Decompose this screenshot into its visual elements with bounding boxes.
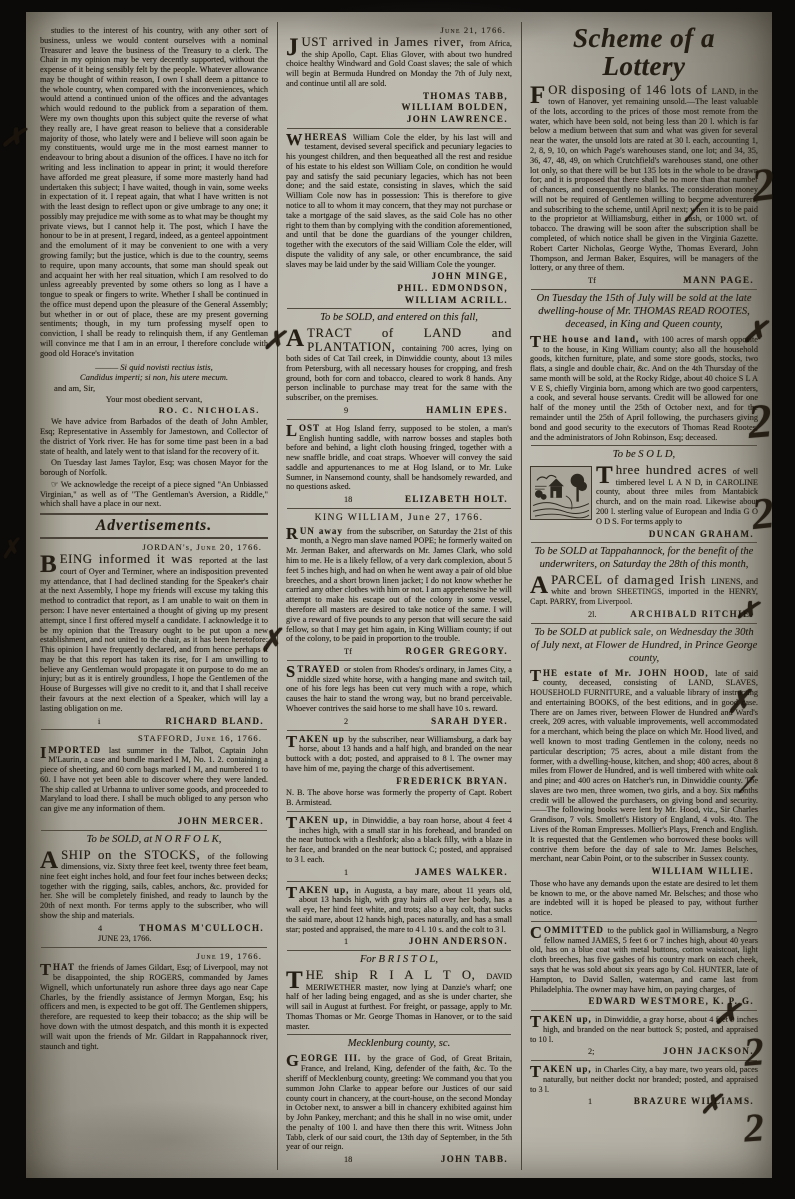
article: FOR disposing of 146 lots of LAND, in th… — [530, 84, 758, 286]
signature-name: ELIZABETH HOLT. — [405, 494, 512, 505]
article: WHEREAS William Cole the elder, by his l… — [286, 132, 512, 306]
article-divider-rule — [287, 811, 511, 812]
signature-name: BRAZURE WILLIAMS. — [634, 1096, 758, 1107]
article-body: TAKEN up by the subscriber, near William… — [286, 734, 512, 774]
article-divider-rule — [287, 1034, 511, 1035]
letter-closing-line: and am, Sir, — [40, 383, 268, 394]
body-text: from the subscriber, on Saturday the 21s… — [286, 527, 512, 644]
signature-tally: 1 — [588, 1097, 592, 1107]
signature-line: 9HAMLIN EPES. — [286, 405, 512, 416]
signature-tally: i — [98, 717, 100, 727]
body-text: William Cole the elder, by his last will… — [286, 133, 512, 269]
article-body: TAKEN up, in Augusta, a bay mare, about … — [286, 885, 512, 935]
article-body: FOR disposing of 146 lots of LAND, in th… — [530, 84, 758, 273]
signature-name: JOHN TABB. — [441, 1154, 512, 1165]
article-body: IMPORTED last summer in the Talbot, Capt… — [40, 745, 268, 814]
drop-cap: T — [596, 464, 616, 486]
signature-line: TfMANN PAGE. — [530, 275, 758, 286]
article: To be SOLD, at N O R F O L K,ASHIP on th… — [40, 834, 268, 945]
article: TAKEN up, in Dinwiddie, a gray horse, ab… — [530, 1014, 758, 1057]
lead-word: OST — [299, 423, 325, 433]
article-note: N. B. The above horse was formerly the p… — [286, 788, 512, 808]
drop-cap: T — [286, 815, 299, 830]
advertisements-section-header: Advertisements. — [40, 513, 268, 539]
signature-line: 18JOHN TABB. — [286, 1154, 512, 1165]
article: JORDAN's, June 20, 1766.BEING informed i… — [40, 542, 268, 726]
article-heading: To be SOLD, at N O R F O L K, — [40, 834, 268, 847]
drop-cap: T — [40, 962, 53, 977]
article: TAKEN up, in Dinwiddie, a bay roan horse… — [286, 815, 512, 878]
body-text: reported at the last court of Oyer and T… — [40, 556, 268, 712]
display-line: UST arrived in James river, — [302, 35, 470, 49]
letter-closing-line: RO. C. NICHOLAS. — [40, 405, 268, 416]
signature-line: 2l.ARCHIBALD RITCHIE. — [530, 609, 758, 620]
signature-name: WILLIAM ACRILL. — [405, 295, 512, 306]
article-heading: On Tuesday the 15th of July will be sold… — [530, 293, 758, 332]
article-divider-rule — [287, 308, 511, 309]
signature-name: JAMES WALKER. — [415, 867, 512, 878]
article-divider-rule — [287, 508, 511, 509]
display-line: SHIP on the STOCKS, — [61, 848, 208, 862]
signature-name: RICHARD BLAND. — [165, 716, 268, 727]
article: To be SOLD, and entered on this fall,ATR… — [286, 312, 512, 415]
article-body: TAKEN up, in Charles City, a bay mare, t… — [530, 1064, 758, 1094]
drop-cap: T — [286, 885, 299, 900]
drop-cap: T — [286, 969, 306, 991]
column-right: Scheme of a LotteryFOR disposing of 146 … — [522, 22, 767, 1170]
column-left: studies to the interest of his country, … — [32, 22, 277, 1170]
drop-cap: A — [530, 574, 551, 596]
article-body: JUST arrived in James river, from Africa… — [286, 36, 512, 89]
article-divider-rule — [531, 1060, 757, 1061]
drop-cap: F — [530, 84, 548, 106]
article-note: Those who have any demands upon the esta… — [530, 879, 758, 918]
lead-word: AKEN up, — [299, 815, 352, 825]
display-line: EING informed it was — [60, 552, 200, 566]
article-divider-rule — [287, 730, 511, 731]
article: STAFFORD, June 16, 1766.IMPORTED last su… — [40, 733, 268, 826]
article-divider-rule — [41, 830, 267, 831]
signature-name: FREDERICK BRYAN. — [396, 776, 512, 787]
signature-name: ARCHIBALD RITCHIE. — [630, 609, 758, 620]
article: TAKEN up by the subscriber, near William… — [286, 734, 512, 808]
lead-word: TRAYED — [297, 664, 344, 674]
article: COMMITTED to the publick gaol in William… — [530, 925, 758, 1007]
signature-tally: 1 — [344, 868, 348, 878]
signature-tally: 2 — [344, 717, 348, 727]
article-body: LOST at Hog Island ferry, supposed to be… — [286, 423, 512, 492]
signature-name: MANN PAGE. — [683, 275, 758, 286]
article-divider-rule — [531, 445, 757, 446]
drop-cap: G — [286, 1053, 301, 1068]
article-body: STRAYED or stolen from Rhodes's ordinary… — [286, 664, 512, 714]
article: Mecklenburg county, sc.GEORGE III. by th… — [286, 1038, 512, 1165]
article-body: THE estate of Mr. JOHN HOOD, late of sai… — [530, 668, 758, 865]
body-text: by the grace of God, of Great Britain, F… — [286, 1054, 512, 1151]
article-body: ATRACT of LAND and PLANTATION, containin… — [286, 327, 512, 403]
display-line: hree hundred acres — [616, 463, 733, 477]
article-heading: To be SOLD at publick sale, on Wednesday… — [530, 627, 758, 666]
signature-line: PHIL. EDMONDSON, — [286, 283, 512, 294]
column-middle: June 21, 1766.JUST arrived in James rive… — [277, 22, 522, 1170]
article-divider-rule — [531, 921, 757, 922]
article-body: BEING informed it was reported at the la… — [40, 553, 268, 713]
signature-tally: 2l. — [588, 610, 597, 620]
dateline: June 21, 1766. — [286, 25, 512, 35]
signature-name: DUNCAN GRAHAM. — [649, 529, 758, 540]
drop-cap: B — [40, 553, 60, 575]
article-heading: To be SOLD, and entered on this fall, — [286, 312, 512, 325]
article-body: Three hundred acres of well timbered lev… — [530, 464, 758, 526]
article-heading: KING WILLIAM, June 27, 1766. — [286, 512, 512, 524]
lead-word: AKEN up, — [543, 1064, 595, 1074]
body-text: to the publick gaol in Williamsburg, a N… — [530, 926, 758, 994]
article: TAKEN up, in Charles City, a bay mare, t… — [530, 1064, 758, 1107]
letter-closing-line: Your most obedient servant, — [40, 394, 268, 405]
newspaper-photo: { "page": { "kind": "18th-century newspa… — [0, 0, 795, 1199]
article-body: COMMITTED to the publick gaol in William… — [530, 925, 758, 994]
body-text: at Hog Island ferry, supposed to be stol… — [286, 424, 512, 492]
signature-tally: 4 — [98, 924, 102, 934]
signature-line: 1BRAZURE WILLIAMS. — [530, 1096, 758, 1107]
dateline: STAFFORD, June 16, 1766. — [40, 733, 268, 743]
lead-word: HE estate of Mr. JOHN HOOD, — [543, 668, 715, 678]
woodcut-svg — [531, 467, 591, 519]
lead-word: MPORTED — [48, 745, 108, 755]
drop-cap: A — [286, 327, 307, 349]
signature-name: ROGER GREGORY. — [406, 646, 512, 657]
article-divider-rule — [287, 419, 511, 420]
news-paragraph: ☞ We acknowledge the receipt of a piece … — [40, 480, 268, 509]
article-heading: Mecklenburg county, sc. — [286, 1038, 512, 1051]
letter-closing-line: Candidus imperti; si non, his utere mecu… — [40, 372, 268, 383]
article-divider-rule — [531, 1010, 757, 1011]
lead-word: UN away — [300, 526, 347, 536]
signature-name: JOHN ANDERSON. — [409, 936, 512, 947]
article: TAKEN up, in Augusta, a bay mare, about … — [286, 885, 512, 948]
article: June 21, 1766.JUST arrived in James rive… — [286, 25, 512, 125]
signature-name: SARAH DYER. — [431, 716, 512, 727]
lottery-headline: Scheme of a Lottery — [530, 24, 758, 81]
drop-cap: C — [530, 925, 544, 940]
article: To be S O L D, Three hundred acres of we… — [530, 449, 758, 539]
drop-cap: J — [286, 36, 302, 58]
article-body: TAKEN up, in Dinwiddie, a gray horse, ab… — [530, 1014, 758, 1044]
dateline: JORDAN's, June 20, 1766. — [40, 542, 268, 552]
body-text: the friends of James Gildart, Esq; of Li… — [40, 963, 268, 1050]
lead-word: HE house and land, — [543, 334, 643, 344]
signature-line: JOHN MINGE, — [286, 271, 512, 282]
signature-name: JOHN LAWRENCE. — [407, 114, 512, 125]
news-paragraph: studies to the interest of his country, … — [40, 26, 268, 359]
article-body: TAKEN up, in Dinwiddie, a bay roan horse… — [286, 815, 512, 865]
drop-cap: A — [40, 849, 61, 871]
lead-word: AKEN up, — [543, 1014, 595, 1024]
drop-cap: T — [530, 1064, 543, 1079]
signature-line: THOMAS TABB, — [286, 91, 512, 102]
article-body: THE house and land, with 100 acres of ma… — [530, 334, 758, 443]
article-divider-rule — [531, 623, 757, 624]
dateline: June 19, 1766. — [40, 951, 268, 961]
signature-tally: 9 — [344, 406, 348, 416]
signature-tally: 18 — [344, 1155, 352, 1165]
signature-line: WILLIAM WILLIE. — [530, 866, 758, 877]
ink-mark: ✗ — [0, 536, 22, 563]
article-body: APARCEL of damaged Irish LINENS, and whi… — [530, 574, 758, 607]
signature-tally: 2; — [588, 1047, 594, 1057]
article-heading: To be S O L D, — [530, 449, 758, 462]
lead-word: EORGE III. — [301, 1053, 368, 1063]
article: STRAYED or stolen from Rhodes's ordinary… — [286, 664, 512, 727]
signature-line: 1JOHN ANDERSON. — [286, 936, 512, 947]
signature-line: EDWARD WESTMORE, K. P. G. — [530, 996, 758, 1007]
article-divider-rule — [531, 542, 757, 543]
display-line: OR disposing of 146 lots of — [548, 83, 711, 97]
lead-word: OMMITTED — [544, 925, 608, 935]
signature-line: TfROGER GREGORY. — [286, 646, 512, 657]
landscape-woodcut-image — [530, 466, 592, 520]
signature-tally: Tf — [588, 276, 596, 286]
display-line: PARCEL of damaged Irish — [551, 573, 711, 587]
signature-name: WILLIAM WILLIE. — [652, 866, 758, 877]
signature-name: PHIL. EDMONDSON, — [397, 283, 512, 294]
drop-cap: T — [530, 668, 543, 683]
drop-cap: W — [286, 132, 305, 147]
article-body: WHEREAS William Cole the elder, by his l… — [286, 132, 512, 270]
body-text: late of said county, deceased, consistin… — [530, 669, 758, 864]
signature-line: 2;JOHN JACKSON. — [530, 1046, 758, 1057]
drop-cap: S — [286, 664, 297, 679]
article-divider-rule — [41, 947, 267, 948]
signature-tally: 18 — [344, 495, 352, 505]
body-text: of the following dimensions, viz. Sixty … — [40, 852, 268, 920]
article-body: THAT the friends of James Gildart, Esq; … — [40, 962, 268, 1051]
body-text: with 100 acres of marsh opposite to the … — [530, 335, 758, 442]
signature-line: 18ELIZABETH HOLT. — [286, 494, 512, 505]
ink-mark: ✗ — [0, 124, 26, 155]
lead-word: AKEN up — [299, 734, 348, 744]
display-line: HE ship R I A L T O, — [306, 968, 487, 982]
article-body: THE ship R I A L T O, DAVID MERIWETHER m… — [286, 969, 512, 1031]
signature-name: THOMAS M'CULLOCH. — [139, 923, 268, 934]
newspaper-sheet: studies to the interest of his country, … — [26, 12, 772, 1178]
body-text: last summer in the Talbot, Captain John … — [40, 746, 268, 814]
signature-line: JOHN MERCER. — [40, 816, 268, 827]
signature-tally: Tf — [344, 647, 352, 657]
article-divider-rule — [41, 729, 267, 730]
article-body: RUN away from the subscriber, on Saturda… — [286, 526, 512, 644]
news-paragraph: On Tuesday last James Taylor, Esq; was c… — [40, 458, 268, 478]
signature-name: JOHN MINGE, — [432, 271, 512, 282]
article: KING WILLIAM, June 27, 1766.RUN away fro… — [286, 512, 512, 657]
signature-name: EDWARD WESTMORE, K. P. G. — [588, 996, 758, 1007]
letter-closing: ——— Si quid novisti rectius istis,Candid… — [40, 362, 268, 416]
article-divider-rule — [287, 128, 511, 129]
article-body: ASHIP on the STOCKS, of the following di… — [40, 849, 268, 921]
signature-line: iRICHARD BLAND. — [40, 716, 268, 727]
drop-cap: T — [286, 734, 299, 749]
article-body: GEORGE III. by the grace of God, of Grea… — [286, 1053, 512, 1152]
signature-line: WILLIAM BOLDEN, — [286, 102, 512, 113]
signature-line: JUNE 23, 1766. — [40, 934, 268, 944]
signature-line: WILLIAM ACRILL. — [286, 295, 512, 306]
signature-name: WILLIAM BOLDEN, — [401, 102, 512, 113]
signature-name: THOMAS TABB, — [423, 91, 512, 102]
signature-line: 1JAMES WALKER. — [286, 867, 512, 878]
drop-cap: T — [530, 334, 543, 349]
article: For B R I S T O L,THE ship R I A L T O, … — [286, 954, 512, 1031]
drop-cap: T — [530, 1014, 543, 1029]
article: To be SOLD at publick sale, on Wednesday… — [530, 627, 758, 918]
signature-line: DUNCAN GRAHAM. — [530, 529, 758, 540]
article: June 19, 1766.THAT the friends of James … — [40, 951, 268, 1051]
article-divider-rule — [287, 950, 511, 951]
signature-name: HAMLIN EPES. — [426, 405, 512, 416]
article-divider-rule — [287, 660, 511, 661]
letter-closing-line: ——— Si quid novisti rectius istis, — [40, 362, 268, 373]
drop-cap: L — [286, 423, 299, 438]
article: On Tuesday the 15th of July will be sold… — [530, 293, 758, 442]
article: To be SOLD at Tappahannock, for the bene… — [530, 546, 758, 620]
lead-word: AKEN up, — [299, 885, 354, 895]
lead-word: HEREAS — [305, 132, 353, 142]
article-divider-rule — [287, 881, 511, 882]
signature-tally: JUNE 23, 1766. — [98, 934, 151, 944]
signature-tally: 1 — [344, 937, 348, 947]
article-heading: To be SOLD at Tappahannock, for the bene… — [530, 546, 758, 572]
signature-line: 4THOMAS M'CULLOCH. — [40, 923, 268, 934]
article: LOST at Hog Island ferry, supposed to be… — [286, 423, 512, 505]
article-divider-rule — [531, 289, 757, 290]
news-paragraph: We have advice from Barbados of the deat… — [40, 417, 268, 456]
signature-line: 2SARAH DYER. — [286, 716, 512, 727]
signature-name: JOHN JACKSON. — [663, 1046, 758, 1057]
drop-cap: R — [286, 526, 300, 541]
body-text: LAND, in the town of Hanover, yet remain… — [530, 87, 758, 273]
article-heading: For B R I S T O L, — [286, 954, 512, 967]
signature-line: FREDERICK BRYAN. — [286, 776, 512, 787]
signature-name: JOHN MERCER. — [178, 816, 268, 827]
lead-word: HAT — [53, 962, 78, 972]
signature-line: JOHN LAWRENCE. — [286, 114, 512, 125]
